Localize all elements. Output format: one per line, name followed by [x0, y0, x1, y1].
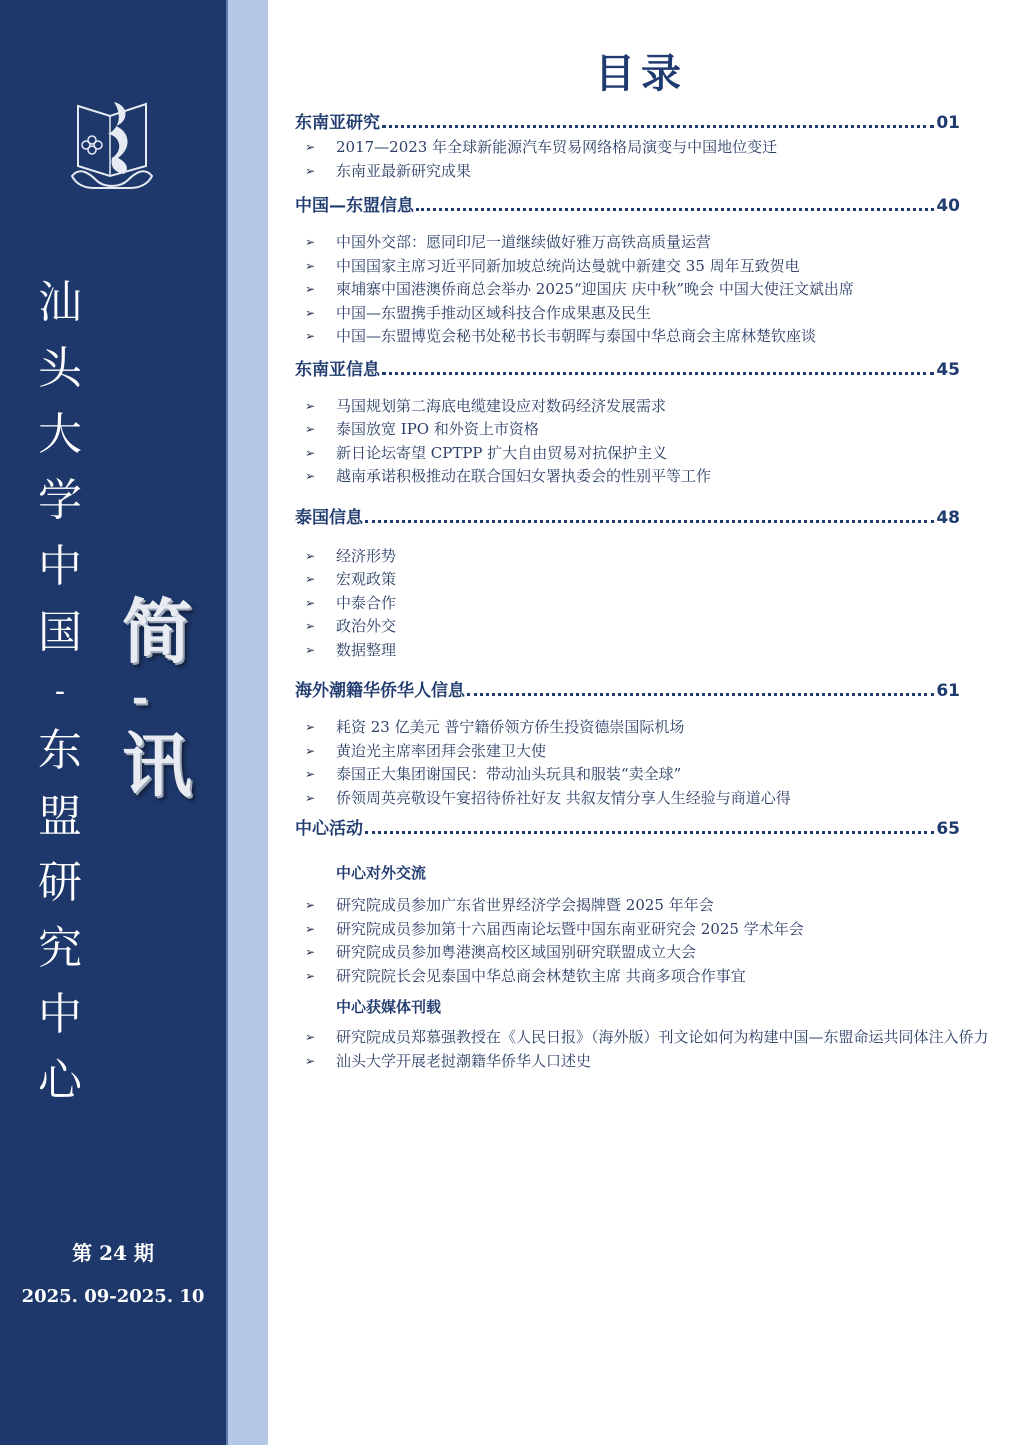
section-page: 40 [936, 196, 960, 216]
publication-title: 简 - 讯 [112, 588, 202, 810]
org-title-vertical: 汕 头 大 学 中 国 - 东 盟 研 究 中 心 [30, 270, 90, 1114]
toc-item[interactable]: 侨领周英亮敬设午宴招待侨社好友 共叙友情分享人生经验与商道心得 [295, 787, 960, 811]
section-title: 东南亚信息 [295, 355, 380, 380]
toc-section: 海外潮籍华侨华人信息 61 耗资 23 亿美元 普宁籍侨领方侨生投资德崇国际机场… [295, 676, 960, 810]
toc-section-heading[interactable]: 泰国信息 48 [295, 503, 960, 531]
toc-item[interactable]: 研究院院长会见泰国中华总商会林楚钦主席 共商多项合作事宜 [295, 965, 960, 989]
toc-subsection-heading[interactable]: 中心获媒体刊载 [295, 994, 960, 1020]
toc-item[interactable]: 研究院成员郑慕强教授在《人民日报》（海外版）刊文论如何为构建中国—东盟命运共同体… [295, 1026, 995, 1050]
section-title: 中心活动 [295, 814, 363, 839]
toc-item[interactable]: 越南承诺积极推动在联合国妇女署执委会的性别平等工作 [295, 465, 960, 489]
org-title-char: 研 [38, 850, 82, 916]
section-title: 海外潮籍华侨华人信息 [295, 676, 465, 701]
toc-item[interactable]: 新日论坛寄望 CPTPP 扩大自由贸易对抗保护主义 [295, 442, 960, 466]
toc-item[interactable]: 马国规划第二海底电缆建设应对数码经济发展需求 [295, 395, 960, 419]
toc-subsection-heading[interactable]: 中心对外交流 [295, 860, 960, 886]
toc-item[interactable]: 研究院成员参加粤港澳高校区域国别研究联盟成立大会 [295, 941, 960, 965]
issue-number: 第 24 期 [0, 1237, 226, 1266]
org-title-char: 大 [38, 402, 82, 468]
toc-item[interactable]: 黄迨光主席率团拜会张建卫大使 [295, 740, 960, 764]
toc-item[interactable]: 2017—2023 年全球新能源汽车贸易网络格局演变与中国地位变迁 [295, 136, 960, 160]
section-page: 61 [936, 681, 960, 701]
org-title-char: - [55, 666, 65, 718]
leader-dots [416, 208, 934, 211]
toc-section: 中心活动 65 中心对外交流 研究院成员参加广东省世界经济学会揭牌暨 2025 … [295, 814, 960, 1073]
section-page: 45 [936, 360, 960, 380]
toc-section-heading[interactable]: 东南亚研究 01 [295, 108, 960, 136]
toc-item[interactable]: 中国—东盟携手推动区域科技合作成果惠及民生 [295, 302, 960, 326]
org-title-char: 中 [38, 982, 82, 1048]
toc-item[interactable]: 研究院成员参加广东省世界经济学会揭牌暨 2025 年年会 [295, 894, 960, 918]
toc-section-heading[interactable]: 东南亚信息 45 [295, 355, 960, 383]
leader-dots [365, 520, 934, 523]
org-title-char: 头 [38, 336, 82, 402]
section-title: 东南亚研究 [295, 108, 380, 133]
org-title-char: 汕 [38, 270, 82, 336]
toc-item[interactable]: 中国外交部：愿同印尼一道继续做好雅万高铁高质量运营 [295, 231, 960, 255]
leader-dots [382, 125, 934, 128]
toc-section-heading[interactable]: 中心活动 65 [295, 814, 960, 842]
section-title: 泰国信息 [295, 503, 363, 528]
org-title-char: 盟 [38, 784, 82, 850]
toc-item[interactable]: 中国—东盟博览会秘书处秘书长韦朝晖与泰国中华总商会主席林楚钦座谈 [295, 325, 960, 349]
toc-item[interactable]: 柬埔寨中国港澳侨商总会举办 2025“迎国庆 庆中秋”晚会 中国大使汪文斌出席 [295, 278, 960, 302]
section-page: 65 [936, 819, 960, 839]
toc-title: 目录 [268, 42, 1014, 99]
leader-dots [467, 693, 934, 696]
decorative-band [226, 0, 268, 1445]
issue-date-range: 2025. 09-2025. 10 [0, 1286, 226, 1307]
toc-item[interactable]: 耗资 23 亿美元 普宁籍侨领方侨生投资德崇国际机场 [295, 716, 960, 740]
org-title-char: 究 [38, 916, 82, 982]
leader-dots [365, 831, 934, 834]
toc-item[interactable]: 宏观政策 [295, 568, 960, 592]
section-title: 中国—东盟信息 [295, 191, 414, 216]
toc-item[interactable]: 汕头大学开展老挝潮籍华侨华人口述史 [295, 1050, 995, 1074]
toc-section: 东南亚信息 45 马国规划第二海底电缆建设应对数码经济发展需求 泰国放宽 IPO… [295, 355, 960, 489]
toc-item[interactable]: 政治外交 [295, 615, 960, 639]
toc-section: 泰国信息 48 经济形势 宏观政策 中泰合作 政治外交 数据整理 [295, 503, 960, 663]
cover-sidebar: 汕 头 大 学 中 国 - 东 盟 研 究 中 心 简 - 讯 第 24 期 2… [0, 0, 226, 1445]
org-title-char: 国 [38, 600, 82, 666]
toc-section-heading[interactable]: 中国—东盟信息 40 [295, 191, 960, 219]
toc-section: 中国—东盟信息 40 中国外交部：愿同印尼一道继续做好雅万高铁高质量运营 中国国… [295, 191, 960, 349]
org-title-char: 中 [38, 534, 82, 600]
table-of-contents: 东南亚研究 01 2017—2023 年全球新能源汽车贸易网络格局演变与中国地位… [295, 108, 960, 1073]
section-page: 01 [936, 113, 960, 133]
publication-title-char: 简 [122, 588, 192, 676]
section-page: 48 [936, 508, 960, 528]
toc-item[interactable]: 泰国放宽 IPO 和外资上市资格 [295, 418, 960, 442]
org-title-char: 心 [38, 1048, 82, 1114]
toc-item[interactable]: 东南亚最新研究成果 [295, 160, 960, 184]
leader-dots [382, 372, 934, 375]
org-title-char: 学 [38, 468, 82, 534]
toc-item[interactable]: 经济形势 [295, 545, 960, 569]
toc-item[interactable]: 研究院成员参加第十六届西南论坛暨中国东南亚研究会 2025 学术年会 [295, 918, 960, 942]
toc-item[interactable]: 数据整理 [295, 639, 960, 663]
toc-item[interactable]: 中国国家主席习近平同新加坡总统尚达曼就中新建交 35 周年互致贺电 [295, 255, 960, 279]
toc-item[interactable]: 中泰合作 [295, 592, 960, 616]
publication-title-char: - [132, 676, 149, 722]
toc-section-heading[interactable]: 海外潮籍华侨华人信息 61 [295, 676, 960, 704]
university-emblem-icon [70, 96, 154, 192]
toc-section: 东南亚研究 01 2017—2023 年全球新能源汽车贸易网络格局演变与中国地位… [295, 108, 960, 183]
toc-item[interactable]: 泰国正大集团谢国民：带动汕头玩具和服装“卖全球” [295, 763, 960, 787]
publication-title-char: 讯 [122, 722, 192, 810]
org-title-char: 东 [38, 718, 82, 784]
